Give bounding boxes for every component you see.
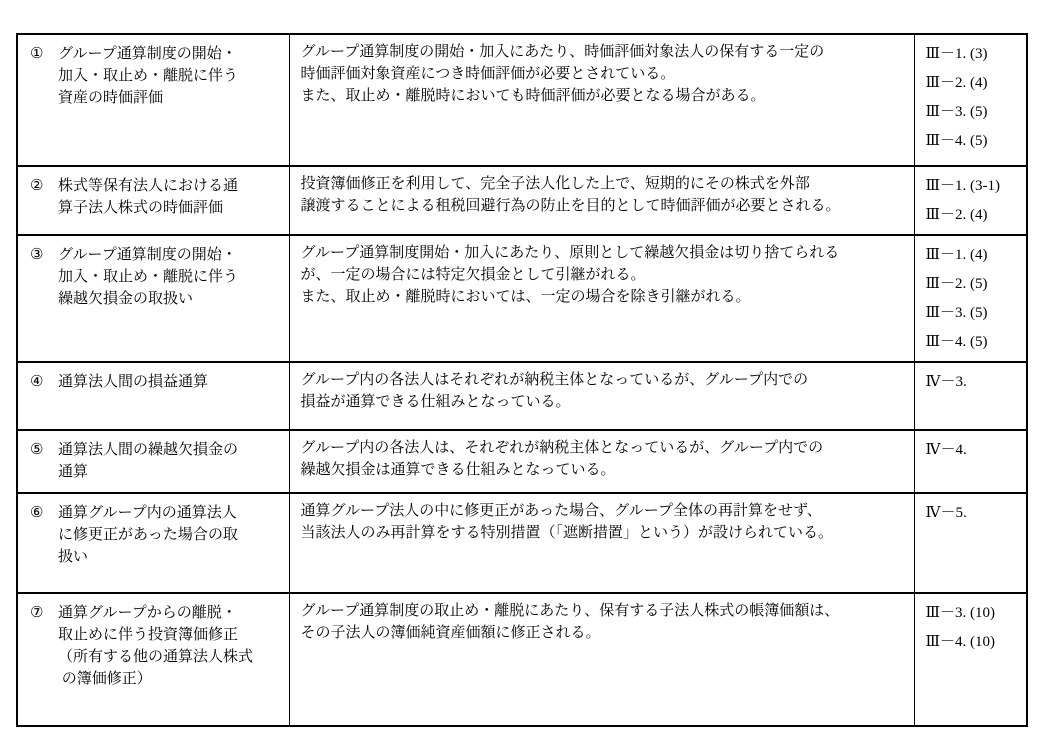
item-description: 投資簿価修正を利用して、完全子法人化した上で、短期的にその株式を外部 譲渡するこ… <box>289 166 914 235</box>
item-references: Ⅲ－1. (3) Ⅲ－2. (4) Ⅲ－3. (5) Ⅲ－4. (5) <box>914 34 1027 166</box>
item-references: Ⅲ－1. (3-1) Ⅲ－2. (4) <box>914 166 1027 235</box>
item-number: ⑦ <box>30 602 58 624</box>
table-row: ⑥ 通算グループ内の通算法人 に修更正があった場合の取 扱い 通算グループ法人の… <box>17 493 1027 593</box>
document-page: ① グループ通算制度の開始・ 加入・取止め・離脱に伴う 資産の時価評価 グループ… <box>0 0 1043 743</box>
item-topic: 通算法人間の損益通算 <box>58 371 208 393</box>
topic-cell: ⑥ 通算グループ内の通算法人 に修更正があった場合の取 扱い <box>17 493 289 593</box>
table-row: ③ グループ通算制度の開始・ 加入・取止め・離脱に伴う 繰越欠損金の取扱い グル… <box>17 235 1027 362</box>
table-row: ⑦ 通算グループからの離脱・ 取止めに伴う投資簿価修正 （所有する他の通算法人株… <box>17 593 1027 726</box>
item-topic: 通算グループ内の通算法人 に修更正があった場合の取 扱い <box>58 502 238 568</box>
item-topic: 株式等保有法人における通 算子法人株式の時価評価 <box>58 175 238 219</box>
item-topic: グループ通算制度の開始・ 加入・取止め・離脱に伴う 資産の時価評価 <box>58 43 238 109</box>
item-number: ④ <box>30 371 58 393</box>
item-description: グループ内の各法人は、それぞれが納税主体となっているが、グループ内での 繰越欠損… <box>289 430 914 493</box>
item-description: グループ通算制度の開始・加入にあたり、時価評価対象法人の保有する一定の 時価評価… <box>289 34 914 166</box>
table-body: ① グループ通算制度の開始・ 加入・取止め・離脱に伴う 資産の時価評価 グループ… <box>17 34 1027 726</box>
item-references: Ⅲ－1. (4) Ⅲ－2. (5) Ⅲ－3. (5) Ⅲ－4. (5) <box>914 235 1027 362</box>
item-number: ③ <box>30 244 58 266</box>
topic-cell: ③ グループ通算制度の開始・ 加入・取止め・離脱に伴う 繰越欠損金の取扱い <box>17 235 289 362</box>
topic-cell: ① グループ通算制度の開始・ 加入・取止め・離脱に伴う 資産の時価評価 <box>17 34 289 166</box>
item-description: グループ通算制度の取止め・離脱にあたり、保有する子法人株式の帳簿価額は、 その子… <box>289 593 914 726</box>
topic-cell: ② 株式等保有法人における通 算子法人株式の時価評価 <box>17 166 289 235</box>
item-number: ① <box>30 43 58 65</box>
item-references: Ⅳ－5. <box>914 493 1027 593</box>
item-description: グループ内の各法人はそれぞれが納税主体となっているが、グループ内での 損益が通算… <box>289 362 914 430</box>
table-row: ⑤ 通算法人間の繰越欠損金の 通算 グループ内の各法人は、それぞれが納税主体とな… <box>17 430 1027 493</box>
item-number: ② <box>30 175 58 197</box>
item-topic: 通算グループからの離脱・ 取止めに伴う投資簿価修正 （所有する他の通算法人株式 … <box>58 602 253 690</box>
item-references: Ⅲ－3. (10) Ⅲ－4. (10) <box>914 593 1027 726</box>
topic-cell: ⑦ 通算グループからの離脱・ 取止めに伴う投資簿価修正 （所有する他の通算法人株… <box>17 593 289 726</box>
item-references: Ⅳ－3. <box>914 362 1027 430</box>
item-number: ⑤ <box>30 439 58 461</box>
item-description: 通算グループ法人の中に修更正があった場合、グループ全体の再計算をせず、 当該法人… <box>289 493 914 593</box>
summary-table: ① グループ通算制度の開始・ 加入・取止め・離脱に伴う 資産の時価評価 グループ… <box>16 33 1028 727</box>
item-topic: 通算法人間の繰越欠損金の 通算 <box>58 439 238 483</box>
table-row: ② 株式等保有法人における通 算子法人株式の時価評価 投資簿価修正を利用して、完… <box>17 166 1027 235</box>
topic-cell: ⑤ 通算法人間の繰越欠損金の 通算 <box>17 430 289 493</box>
topic-cell: ④ 通算法人間の損益通算 <box>17 362 289 430</box>
item-topic: グループ通算制度の開始・ 加入・取止め・離脱に伴う 繰越欠損金の取扱い <box>58 244 238 310</box>
item-description: グループ通算制度開始・加入にあたり、原則として繰越欠損金は切り捨てられる が、一… <box>289 235 914 362</box>
table-row: ① グループ通算制度の開始・ 加入・取止め・離脱に伴う 資産の時価評価 グループ… <box>17 34 1027 166</box>
table-row: ④ 通算法人間の損益通算 グループ内の各法人はそれぞれが納税主体となっているが、… <box>17 362 1027 430</box>
item-references: Ⅳ－4. <box>914 430 1027 493</box>
item-number: ⑥ <box>30 502 58 524</box>
